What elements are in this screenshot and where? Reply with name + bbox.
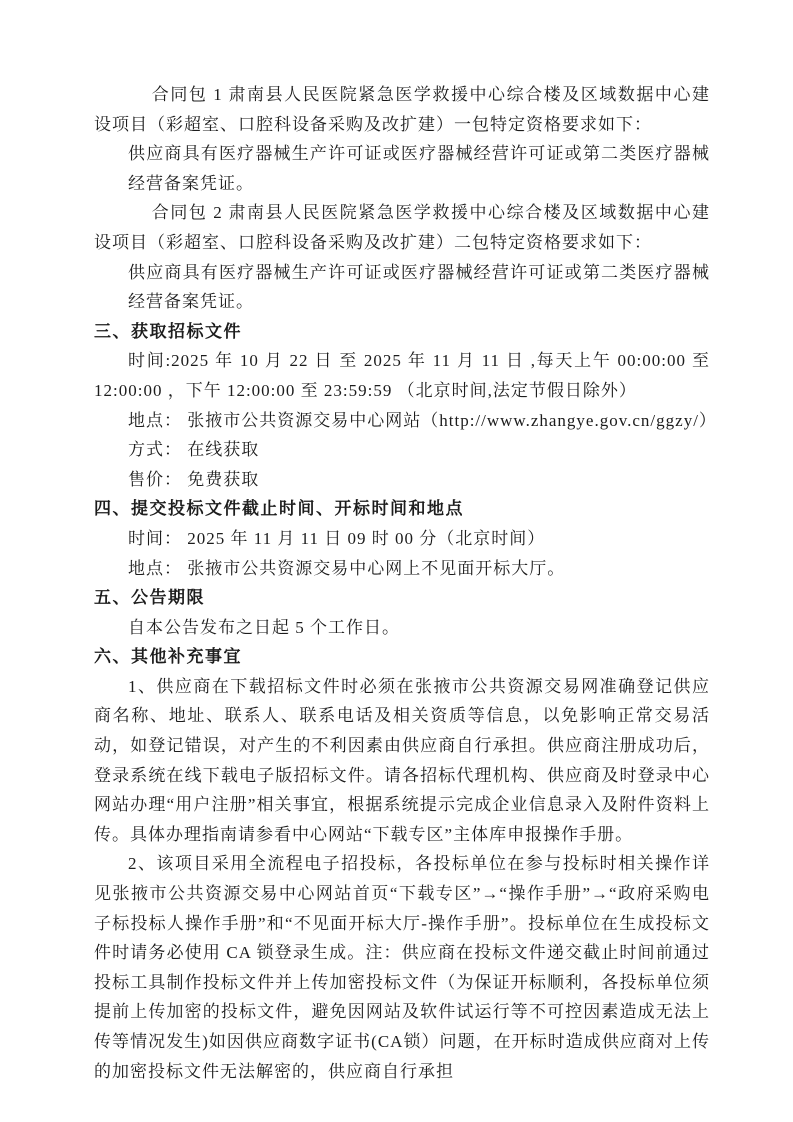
- paragraph: 方式： 在线获取: [94, 435, 710, 465]
- paragraph: 自本公告发布之日起 5 个工作日。: [94, 613, 710, 643]
- paragraph: 2、该项目采用全流程电子招投标，各投标单位在参与投标时相关操作详见张掖市公共资源…: [94, 849, 710, 1086]
- paragraph: 1、供应商在下载招标文件时必须在张掖市公共资源交易网准确登记供应商名称、地址、联…: [94, 672, 710, 850]
- paragraph: 时间： 2025 年 11 月 11 日 09 时 00 分（北京时间）: [94, 524, 710, 554]
- paragraph: 合同包 1 肃南县人民医院紧急医学救援中心综合楼及区域数据中心建设项目（彩超室、…: [94, 80, 710, 139]
- paragraph: 供应商具有医疗器械生产许可证或医疗器械经营许可证或第二类医疗器械经营备案凭证。: [128, 258, 710, 317]
- paragraph: 地点： 张掖市公共资源交易中心网站（http://www.zhangye.gov…: [94, 406, 710, 436]
- document-body: 合同包 1 肃南县人民医院紧急医学救援中心综合楼及区域数据中心建设项目（彩超室、…: [94, 80, 710, 1086]
- section-heading: 四、提交投标文件截止时间、开标时间和地点: [94, 494, 710, 524]
- paragraph: 地点： 张掖市公共资源交易中心网上不见面开标大厅。: [94, 554, 710, 584]
- paragraph: 时间:2025 年 10 月 22 日 至 2025 年 11 月 11 日 ,…: [94, 346, 710, 405]
- section-heading: 五、公告期限: [94, 583, 710, 613]
- section-heading: 三、获取招标文件: [94, 317, 710, 347]
- document-page: 合同包 1 肃南县人民医院紧急医学救援中心综合楼及区域数据中心建设项目（彩超室、…: [0, 0, 793, 1122]
- paragraph: 售价： 免费获取: [94, 465, 710, 495]
- paragraph: 合同包 2 肃南县人民医院紧急医学救援中心综合楼及区域数据中心建设项目（彩超室、…: [94, 198, 710, 257]
- section-heading: 六、其他补充事宜: [94, 642, 710, 672]
- paragraph: 供应商具有医疗器械生产许可证或医疗器械经营许可证或第二类医疗器械经营备案凭证。: [128, 139, 710, 198]
